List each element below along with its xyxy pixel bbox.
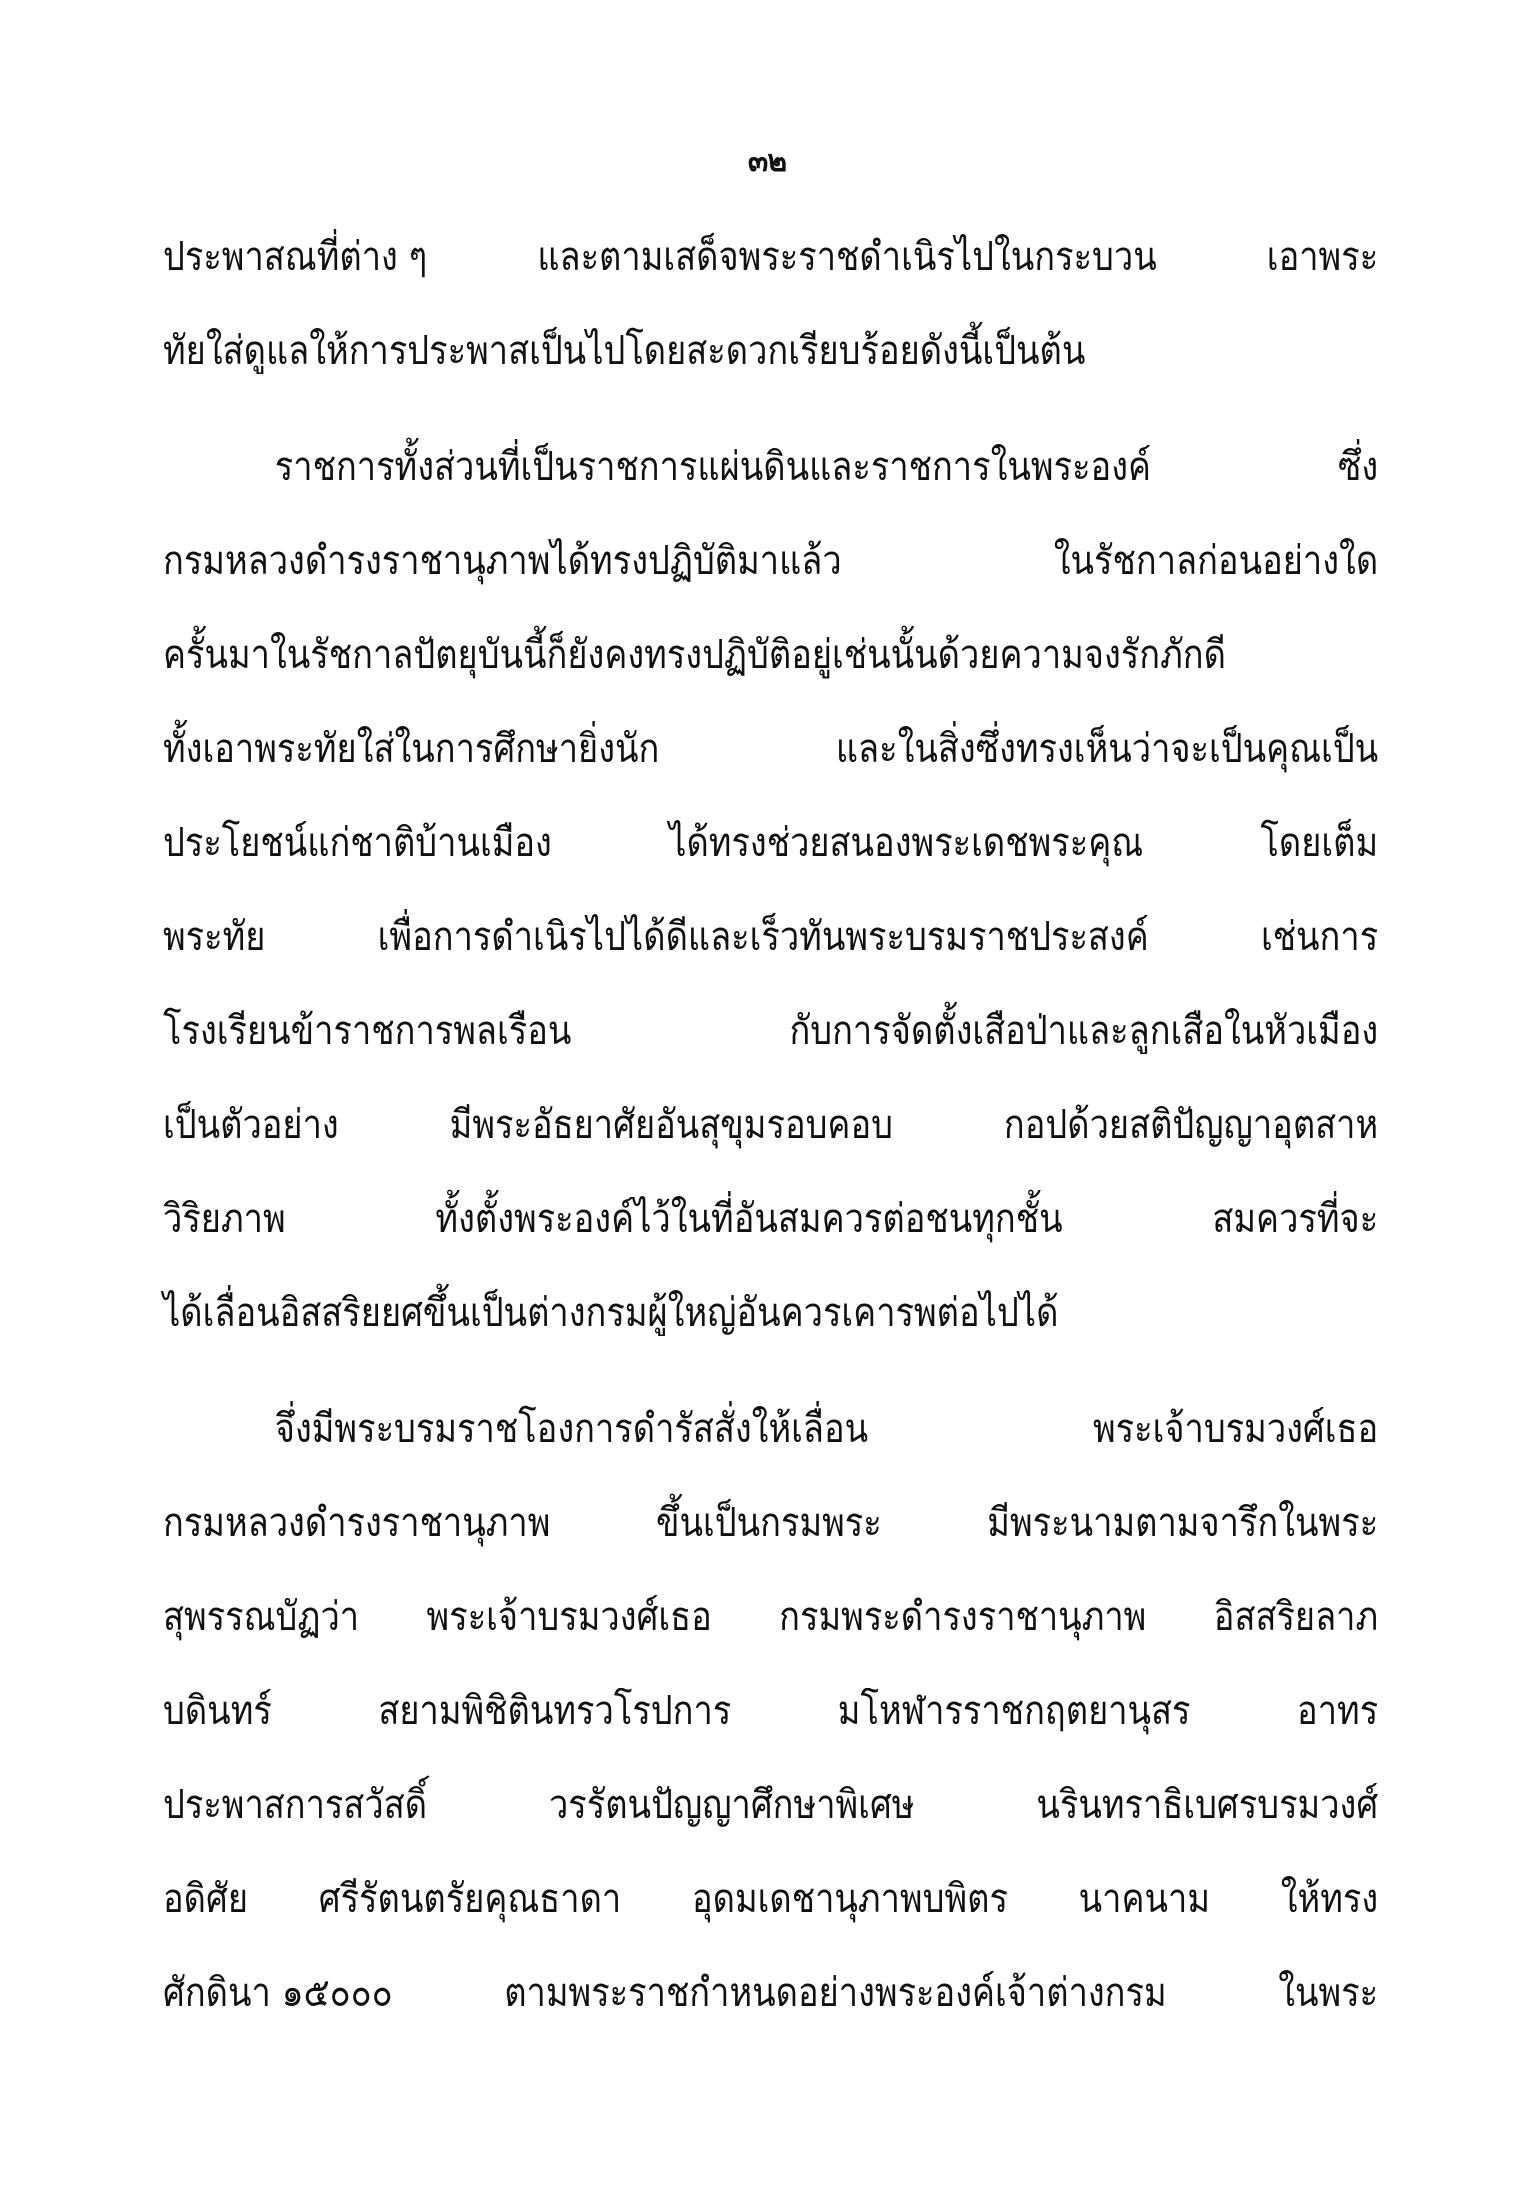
text-segment: พระเจ้าบรมวงศ์เธอ xyxy=(1093,1382,1378,1476)
text-segment: พระทัย xyxy=(163,890,265,984)
text-segment: ราชการทั้งส่วนที่เป็นราชการแผ่นดินและราช… xyxy=(275,420,1151,514)
text-line: ประพาสณที่ต่าง ๆ และตามเสด็จพระราชดำเนิร… xyxy=(163,210,1378,304)
text-segment: กรมพระดำรงราชานุภาพ xyxy=(779,1570,1146,1664)
body-text: ประพาสณที่ต่าง ๆ และตามเสด็จพระราชดำเนิร… xyxy=(163,210,1378,2040)
paragraph-gap xyxy=(163,1360,1378,1382)
text-line: ได้เลื่อนอิสสริยยศขึ้นเป็นต่างกรมผู้ใหญ่… xyxy=(163,1266,1378,1360)
text-segment: ให้ทรง xyxy=(1281,1852,1378,1946)
text-line: ประโยชน์แก่ชาติบ้านเมือง ได้ทรงช่วยสนองพ… xyxy=(163,796,1378,890)
text-line: จึ่งมีพระบรมราชโองการดำรัสสั่งให้เลื่อน … xyxy=(163,1382,1378,1476)
text-segment: กับการจัดตั้งเสือป่าและลูกเสือในหัวเมือง xyxy=(789,984,1378,1078)
text-segment: ประโยชน์แก่ชาติบ้านเมือง xyxy=(163,796,552,890)
text-segment: วิริยภาพ xyxy=(163,1172,286,1266)
text-segment: จึ่งมีพระบรมราชโองการดำรัสสั่งให้เลื่อน xyxy=(275,1382,868,1476)
text-segment: ในพระ xyxy=(1278,1946,1378,2040)
text-segment: และตามเสด็จพระราชดำเนิรไปในกระบวน xyxy=(537,210,1156,304)
text-segment: ประพาสการสวัสดิ์ xyxy=(163,1758,427,1852)
text-segment: มโหฬารราชกฤตยานุสร xyxy=(838,1664,1191,1758)
text-line: กรมหลวงดำรงราชานุภาพได้ทรงปฏิบัติมาแล้ว … xyxy=(163,514,1378,608)
text-segment: ในรัชกาลก่อนอย่างใด xyxy=(1054,514,1378,608)
text-segment: สยามพิชิตินทรวโรปการ xyxy=(378,1664,731,1758)
text-segment: เช่นการ xyxy=(1261,890,1378,984)
text-segment: วรรัตนปัญญาศึกษาพิเศษ xyxy=(549,1758,915,1852)
text-segment: ทัยใส่ดูแลให้การประพาสเป็นไปโดยสะดวกเรีย… xyxy=(163,304,1085,398)
text-segment: ซึ่ง xyxy=(1338,420,1378,514)
text-segment: ครั้นมาในรัชกาลปัตยุบันนี้ก็ยังคงทรงปฏิบ… xyxy=(163,608,1226,702)
text-line: อดิศัย ศรีรัตนตรัยคุณธาดา อุดมเดชานุภาพบ… xyxy=(163,1852,1378,1946)
text-segment: ประพาสณที่ต่าง ๆ xyxy=(163,210,427,304)
text-segment: เอาพระ xyxy=(1267,210,1378,304)
paragraph-3: จึ่งมีพระบรมราชโองการดำรัสสั่งให้เลื่อน … xyxy=(163,1382,1378,2040)
text-segment: โดยเต็ม xyxy=(1260,796,1378,890)
text-segment: ศรีรัตนตรัยคุณธาดา xyxy=(319,1852,622,1946)
text-segment: อดิศัย xyxy=(163,1852,248,1946)
text-line: กรมหลวงดำรงราชานุภาพ ขึ้นเป็นกรมพระ มีพร… xyxy=(163,1476,1378,1570)
text-segment: ศักดินา ๑๕๐๐๐ xyxy=(163,1946,393,2040)
text-segment: ทั้งตั้งพระองค์ไว้ในที่อันสมควรต่อชนทุกช… xyxy=(435,1172,1062,1266)
text-line: เป็นตัวอย่าง มีพระอัธยาศัยอันสุขุมรอบคอบ… xyxy=(163,1078,1378,1172)
text-line: ทั้งเอาพระทัยใส่ในการศึกษายิ่งนัก และในส… xyxy=(163,702,1378,796)
text-line: ศักดินา ๑๕๐๐๐ ตามพระราชกำหนดอย่างพระองค์… xyxy=(163,1946,1378,2040)
text-line: ครั้นมาในรัชกาลปัตยุบันนี้ก็ยังคงทรงปฏิบ… xyxy=(163,608,1378,702)
text-segment: อิสสริยลาภ xyxy=(1214,1570,1378,1664)
text-segment: นาคนาม xyxy=(1079,1852,1210,1946)
text-segment: ตามพระราชกำหนดอย่างพระองค์เจ้าต่างกรม xyxy=(504,1946,1166,2040)
text-segment: อาทร xyxy=(1297,1664,1378,1758)
text-line: โรงเรียนข้าราชการพลเรือน กับการจัดตั้งเส… xyxy=(163,984,1378,1078)
text-segment: ทั้งเอาพระทัยใส่ในการศึกษายิ่งนัก xyxy=(163,702,659,796)
text-line: ราชการทั้งส่วนที่เป็นราชการแผ่นดินและราช… xyxy=(163,420,1378,514)
text-line: พระทัย เพื่อการดำเนิรไปได้ดีและเร็วทันพร… xyxy=(163,890,1378,984)
text-line: สุพรรณบัฏว่า พระเจ้าบรมวงศ์เธอ กรมพระดำร… xyxy=(163,1570,1378,1664)
text-segment: เพื่อการดำเนิรไปได้ดีและเร็วทันพระบรมราช… xyxy=(378,890,1149,984)
text-segment: อุดมเดชานุภาพบพิตร xyxy=(692,1852,1008,1946)
text-segment: บดินทร์ xyxy=(163,1664,272,1758)
text-segment: สมควรที่จะ xyxy=(1212,1172,1378,1266)
text-segment: มีพระนามตามจารึกในพระ xyxy=(987,1476,1378,1570)
text-segment: เป็นตัวอย่าง xyxy=(163,1078,339,1172)
text-segment: นรินทราธิเบศรบรมวงศ์ xyxy=(1036,1758,1378,1852)
text-segment: กรมหลวงดำรงราชานุภาพ xyxy=(163,1476,550,1570)
text-segment: โรงเรียนข้าราชการพลเรือน xyxy=(163,984,571,1078)
text-segment: มีพระอัธยาศัยอันสุขุมรอบคอบ xyxy=(450,1078,893,1172)
text-line: วิริยภาพ ทั้งตั้งพระองค์ไว้ในที่อันสมควร… xyxy=(163,1172,1378,1266)
text-segment: สุพรรณบัฏว่า xyxy=(163,1570,359,1664)
text-segment: ได้เลื่อนอิสสริยยศขึ้นเป็นต่างกรมผู้ใหญ่… xyxy=(163,1266,1058,1360)
page-number: ๓๒ xyxy=(0,138,1534,185)
paragraph-gap xyxy=(163,398,1378,420)
text-segment: พระเจ้าบรมวงศ์เธอ xyxy=(427,1570,712,1664)
paragraph-1: ประพาสณที่ต่าง ๆ และตามเสด็จพระราชดำเนิร… xyxy=(163,210,1378,398)
text-line: บดินทร์ สยามพิชิตินทรวโรปการ มโหฬารราชกฤ… xyxy=(163,1664,1378,1758)
text-segment: ได้ทรงช่วยสนองพระเดชพระคุณ xyxy=(669,796,1143,890)
text-segment: ขึ้นเป็นกรมพระ xyxy=(656,1476,882,1570)
paragraph-2: ราชการทั้งส่วนที่เป็นราชการแผ่นดินและราช… xyxy=(163,420,1378,1360)
text-line: ทัยใส่ดูแลให้การประพาสเป็นไปโดยสะดวกเรีย… xyxy=(163,304,1378,398)
text-segment: และในสิ่งซึ่งทรงเห็นว่าจะเป็นคุณเป็น xyxy=(836,702,1378,796)
text-line: ประพาสการสวัสดิ์ วรรัตนปัญญาศึกษาพิเศษ น… xyxy=(163,1758,1378,1852)
text-segment: กอปด้วยสติปัญญาอุตสาห xyxy=(1004,1078,1378,1172)
text-segment: กรมหลวงดำรงราชานุภาพได้ทรงปฏิบัติมาแล้ว xyxy=(163,514,842,608)
